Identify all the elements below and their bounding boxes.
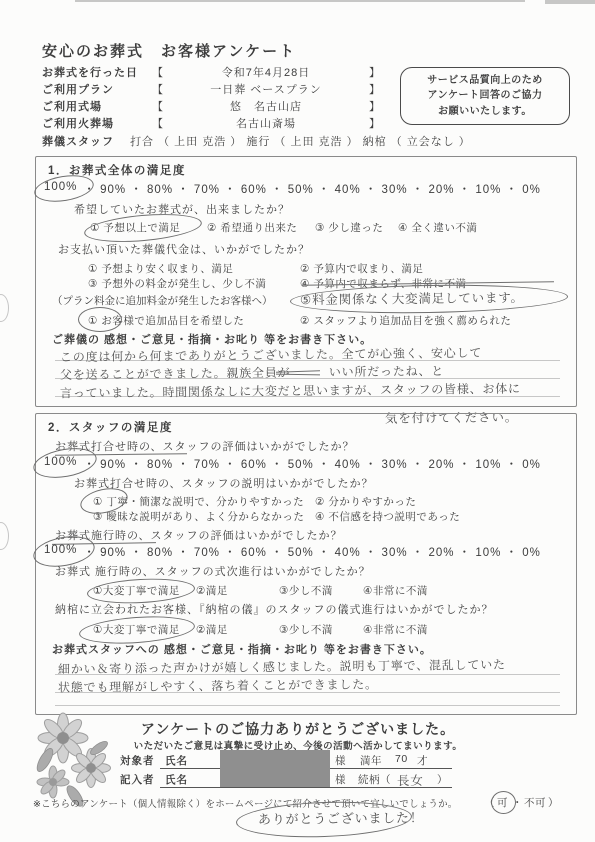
option: ② 予算内で収まり、満足 xyxy=(300,261,423,276)
option: ④ 全く違い不満 xyxy=(398,220,477,235)
option: ③ 予想外の料金が発生し、少し不満 xyxy=(88,276,266,291)
bracket-close: 】 xyxy=(369,115,380,131)
subject-age: 70 xyxy=(395,753,408,765)
hand-final-thanks: ありがとうございました！ xyxy=(258,807,424,828)
ruled-line xyxy=(55,705,560,706)
section1-q2: お支払い頂いた葬儀代金は、いかがでしたか？ xyxy=(58,241,310,257)
option: ④非常に不満 xyxy=(363,622,428,637)
writer-name-label: 氏名 xyxy=(165,772,188,787)
option: ④非常に不満 xyxy=(363,583,428,598)
option: ①大変丁寧で満足 xyxy=(93,583,180,598)
scan-artifact-punch-2 xyxy=(0,522,9,550)
permission-close: ） xyxy=(548,795,559,810)
scale-rest: ・ 90% ・ 80% ・ 70% ・ 60% ・ 50% ・ 40% ・ 30… xyxy=(83,544,540,560)
writer-role: 記入者 xyxy=(120,772,155,787)
hand-answer-5: ⑤料金関係なく大変満足しています。 xyxy=(300,288,524,308)
section1-satisfaction-scale: 100% ・ 90% ・ 80% ・ 70% ・ 60% ・ 50% ・ 40%… xyxy=(44,181,566,197)
option: ③ 曖昧な説明があり、よく分からなかった xyxy=(93,509,304,524)
option: ② スタッフより追加品目を強く薦められた xyxy=(300,313,511,328)
bracket-close: 】 xyxy=(369,98,380,114)
redacted-name xyxy=(220,750,330,787)
field-label: ご利用式場 xyxy=(42,98,152,114)
option: ② 希望通り出来た xyxy=(207,220,297,235)
option: ③ 少し違った xyxy=(315,220,383,235)
field-label: ご利用プラン xyxy=(42,81,152,97)
section2-q4: お葬式 施行時の、スタッフの式次進行はいかがでしたか？ xyxy=(55,563,371,579)
bracket-close: 】 xyxy=(369,81,380,97)
option: ①大変丁寧で満足 xyxy=(93,622,180,637)
scale-rest: ・ 90% ・ 80% ・ 70% ・ 60% ・ 50% ・ 40% ・ 30… xyxy=(83,456,540,472)
bracket-open: 【 xyxy=(152,81,163,97)
subject-role: 対象者 xyxy=(120,753,155,768)
permission-sep: ・ xyxy=(512,795,523,810)
subject-suffix: 様 xyxy=(335,753,346,768)
field-value: 一日葬 ベースプラン xyxy=(163,81,369,97)
staff-value: 打合 （ 上田 克浩 ） 施行 （ 上田 克浩 ） 納棺 （ 立会なし ） xyxy=(130,136,471,148)
permission-ok: 可 xyxy=(497,795,508,810)
option: ②満足 xyxy=(196,622,228,637)
staff-label: 葬儀スタッフ xyxy=(42,136,114,148)
option: ① 予想以上で満足 xyxy=(90,220,180,235)
scale-100: 100% xyxy=(44,456,77,472)
scale-100: 100% xyxy=(44,181,77,197)
scan-artifact-top xyxy=(75,0,525,2)
section1-q1: 希望していたお葬式が、出来ましたか？ xyxy=(74,201,290,217)
permission-open: （ xyxy=(484,795,495,810)
subject-age-unit: 才 xyxy=(417,753,428,768)
permission-ng: 不可 xyxy=(524,795,546,810)
scan-artifact-corner xyxy=(545,0,595,4)
option: ③少し不満 xyxy=(279,622,333,637)
field-row-crematory: ご利用火葬場 【 名古山斎場 】 xyxy=(42,115,380,131)
notice-line: アンケート回答のご協力 xyxy=(401,88,569,104)
field-row-date: お葬式を行った日 【 令和7年4月28日 】 xyxy=(42,64,380,80)
option: ③少し不満 xyxy=(279,583,333,598)
field-value: 令和7年4月28日 xyxy=(163,64,369,80)
option: ② 分かりやすかった xyxy=(315,494,416,509)
writer-relation-open: 続柄（ xyxy=(358,772,391,787)
section2-q2: お葬式打合せ時の、スタッフの説明はいかがでしたか？ xyxy=(74,475,374,491)
section2-q3: お葬式施行時の、スタッフの評価はいかがでしたか？ xyxy=(55,527,343,543)
footer-thanks: アンケートのご協力ありがとうございました。 xyxy=(128,719,468,739)
notice-line: サービス品質向上のため xyxy=(401,73,569,89)
staff-row: 葬儀スタッフ 打合 （ 上田 克浩 ） 施行 （ 上田 克浩 ） 納棺 （ 立会… xyxy=(42,133,471,149)
field-value: 名古山斎場 xyxy=(163,115,369,131)
writer-relation-close: ） xyxy=(437,772,448,787)
bracket-open: 【 xyxy=(152,64,163,80)
option: ②満足 xyxy=(196,583,228,598)
section2-q1: お葬式打合せ時の、スタッフの評価はいかがでしたか？ xyxy=(55,438,355,454)
section2-scale-ceremony: 100% ・ 90% ・ 80% ・ 70% ・ 60% ・ 50% ・ 40%… xyxy=(44,544,566,560)
section2-title: 2．スタッフの満足度 xyxy=(48,419,173,435)
field-label: ご利用火葬場 xyxy=(42,115,152,131)
notice-line: お願いいたします。 xyxy=(401,104,569,120)
page-title: 安心のお葬式 お客様アンケート xyxy=(42,40,296,61)
option: ① 丁寧・簡潔な説明で、分かりやすかった xyxy=(93,494,304,509)
scan-artifact-punch-1 xyxy=(0,294,9,322)
option: ④ 不信感を持つ説明であった xyxy=(315,509,460,524)
field-label: お葬式を行った日 xyxy=(42,64,152,80)
section1-title: 1．お葬式全体の満足度 xyxy=(48,162,186,178)
subject-age-label: 満年 xyxy=(360,753,382,768)
field-value: 悠 名古山店 xyxy=(163,98,369,114)
field-row-plan: ご利用プラン 【 一日葬 ベースプラン 】 xyxy=(42,81,380,97)
hand-comment-line: 状態でも理解がしやすく、落ち着くことができました。 xyxy=(58,675,378,695)
survey-page: 安心のお葬式 お客様アンケート サービス品質向上のため アンケート回答のご協力 … xyxy=(0,0,595,842)
writer-suffix: 様 xyxy=(335,772,346,787)
field-row-hall: ご利用式場 【 悠 名古山店 】 xyxy=(42,98,380,114)
scale-rest: ・ 90% ・ 80% ・ 70% ・ 60% ・ 50% ・ 40% ・ 30… xyxy=(83,181,540,197)
option: ① お客様で追加品目を希望した xyxy=(88,313,244,328)
section2-q5: 納棺に立会われたお客様、『納棺の儀』のスタッフの儀式進行はいかがでしたか？ xyxy=(55,601,494,617)
flower-clipart xyxy=(33,708,121,808)
section2-comment-label: お葬式スタッフへの 感想・ご意見・指摘・お叱り 等をお書き下さい。 xyxy=(52,641,432,657)
hand-relation: 長女 xyxy=(397,771,424,789)
section2-scale-meeting: 100% ・ 90% ・ 80% ・ 70% ・ 60% ・ 50% ・ 40%… xyxy=(44,456,566,472)
bracket-open: 【 xyxy=(152,98,163,114)
subject-name-label: 氏名 xyxy=(165,753,188,768)
bracket-close: 】 xyxy=(369,64,380,80)
notice-box: サービス品質向上のため アンケート回答のご協力 お願いいたします。 xyxy=(400,67,570,125)
bracket-open: 【 xyxy=(152,115,163,131)
scale-100: 100% xyxy=(44,544,77,560)
plan-note: （プラン料金に追加料金が発生したお客様へ） xyxy=(52,293,273,308)
option: ① 予想より安く収まり、満足 xyxy=(88,261,233,276)
